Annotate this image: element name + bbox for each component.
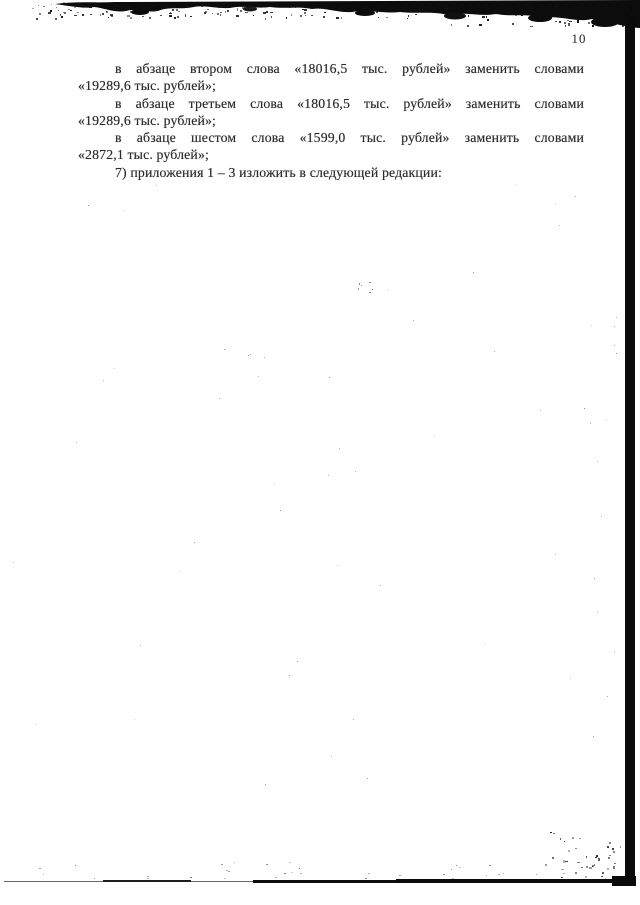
page-number: 10 [565,31,593,47]
scanned-document-page: 10 в абзаце втором слова «18016,5 тыс. р… [0,0,640,905]
text-line: «19289,6 тыс. рублей»; [78,77,584,94]
text-line: в абзаце третьем слова «18016,5 тыс. руб… [78,95,584,112]
text-line: «2872,1 тыс. рублей»; [78,146,584,163]
text-line: в абзаце шестом слова «1599,0 тыс. рубле… [78,129,584,146]
text-line: 7) приложения 1 – 3 изложить в следующей… [78,164,584,181]
text-line: «19289,6 тыс. рублей»; [78,112,584,129]
scan-artifact-right-edge [625,4,635,886]
scan-artifact-top-edge [0,0,640,34]
document-text-block: в абзаце втором слова «18016,5 тыс. рубл… [78,60,584,181]
text-line: в абзаце втором слова «18016,5 тыс. рубл… [78,60,584,77]
